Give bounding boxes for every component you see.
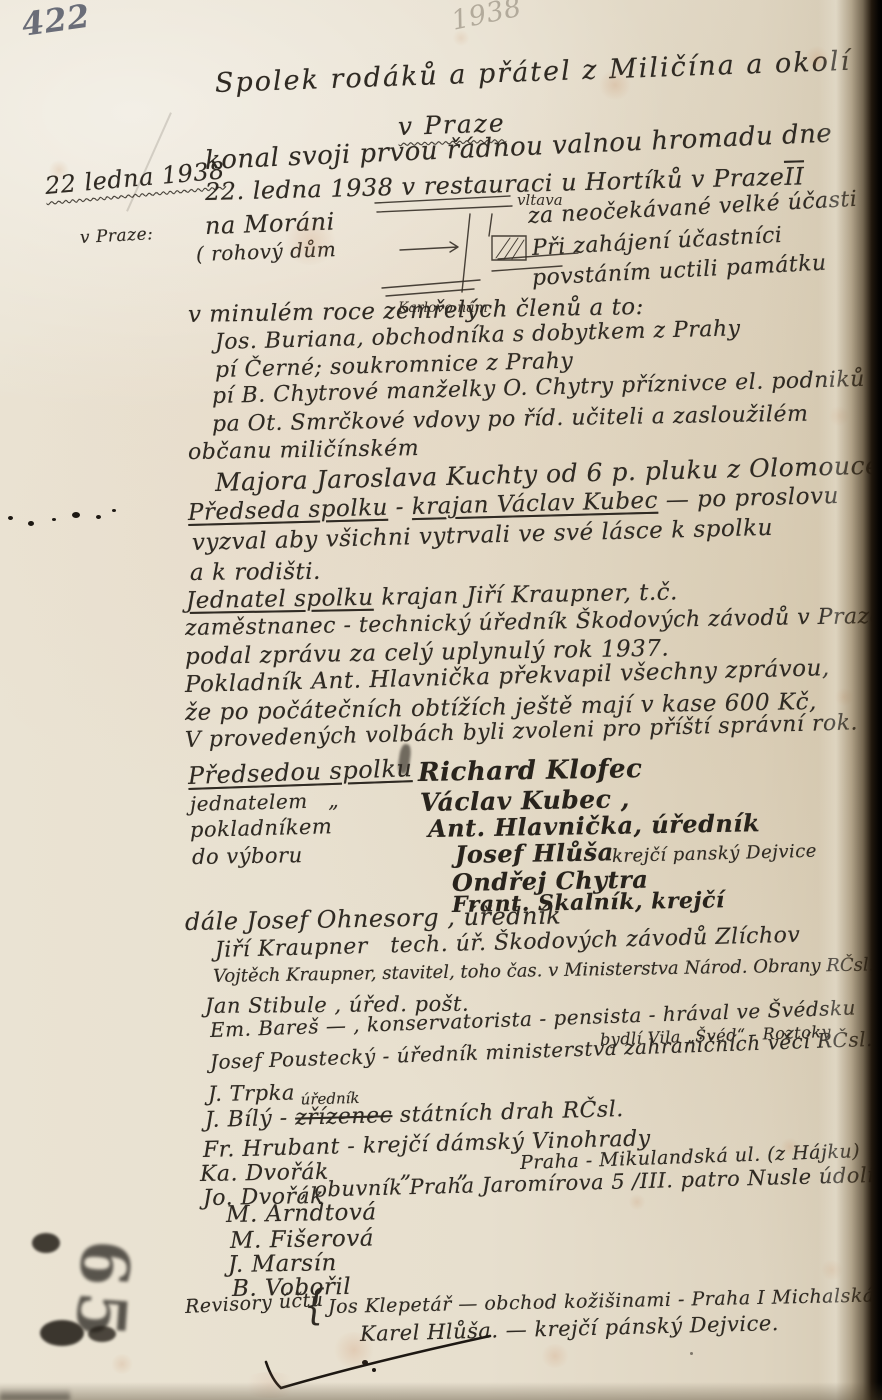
- secretary-rest: krajan Jiří Kraupner, t.č.: [373, 579, 678, 610]
- deceased-item: pa Ot. Smrčkové vdovy po říd. učiteli a …: [212, 402, 809, 437]
- election-label: pokladníkem: [190, 814, 333, 842]
- foxing-stain: [820, 1260, 844, 1280]
- title-line-1: Spolek rodáků a přátel z Miličína a okol…: [214, 46, 851, 99]
- foxing-stain: [540, 1344, 570, 1368]
- auditors-brace: {: [303, 1281, 327, 1330]
- bily-name: J. Bílý -: [205, 1106, 296, 1133]
- stamp-blob: [40, 1320, 84, 1346]
- chairman-cont-2: a k rodišti.: [190, 559, 321, 586]
- election-label: Předsedou spolku: [188, 754, 413, 790]
- intro-line-3: na Moráni: [205, 207, 336, 240]
- deceased-item: občanu miličínském: [188, 436, 420, 465]
- foxing-stain: [828, 406, 850, 426]
- page-bottom-edge: [0, 1382, 882, 1400]
- chairman-name: krajan Václav Kubec: [411, 488, 658, 520]
- ink-speck: [372, 1368, 376, 1372]
- member-line: J. Trpka: [208, 1080, 295, 1106]
- bottom-left-corner-shadow: [0, 1388, 70, 1400]
- page-number: 422: [19, 0, 92, 44]
- correction-word: úředník: [300, 1089, 359, 1109]
- ink-splatter: [8, 516, 13, 520]
- auditor-line: Karel Hlůša. — krejčí pánský Dejvice.: [360, 1311, 780, 1346]
- bily-rest: státních drah RČsl.: [392, 1097, 624, 1128]
- margin-place: v Praze:: [79, 224, 153, 248]
- corner-house-label: ( rohový dům: [196, 237, 337, 266]
- auditor-line: Jos Klepetář — obchod kožišinami - Praha…: [328, 1285, 875, 1318]
- ink-splatter: [28, 521, 34, 526]
- foxing-stain: [834, 688, 854, 706]
- foxing-stain: [628, 1194, 646, 1210]
- chairman-sep: -: [388, 494, 413, 521]
- election-name: Richard Klofec: [418, 754, 643, 788]
- ink-speck: [690, 1352, 693, 1355]
- stamp-blob: [88, 1326, 116, 1342]
- election-label: jednatelem „: [190, 788, 340, 816]
- foxing-stain: [240, 1372, 300, 1398]
- faint-year-note: 1938: [449, 0, 525, 37]
- chairman-rest: — po proslovu: [658, 483, 840, 514]
- ink-stamp: 65: [27, 1235, 145, 1362]
- election-label: do výboru: [192, 843, 303, 869]
- ink-splatter: [52, 518, 56, 521]
- election-name-note: krejčí panský Dejvice: [612, 841, 817, 867]
- ink-speck: [362, 1360, 368, 1365]
- chairman-role: Předseda spolku: [188, 495, 389, 526]
- praha-district-roman-numeral: II: [784, 162, 805, 191]
- manuscript-page: 422 1938 22 ledna 1938 v Praze: Spolek r…: [0, 0, 882, 1400]
- election-name: Josef Hlůša: [455, 837, 614, 869]
- member-name: M. Arndtová: [226, 1199, 377, 1228]
- ink-splatter: [72, 512, 80, 518]
- ink-splatter: [112, 509, 116, 512]
- ink-splatter: [96, 515, 101, 519]
- stamp-blob: [32, 1233, 60, 1253]
- secretary-role: Jednatel spolku: [186, 585, 374, 614]
